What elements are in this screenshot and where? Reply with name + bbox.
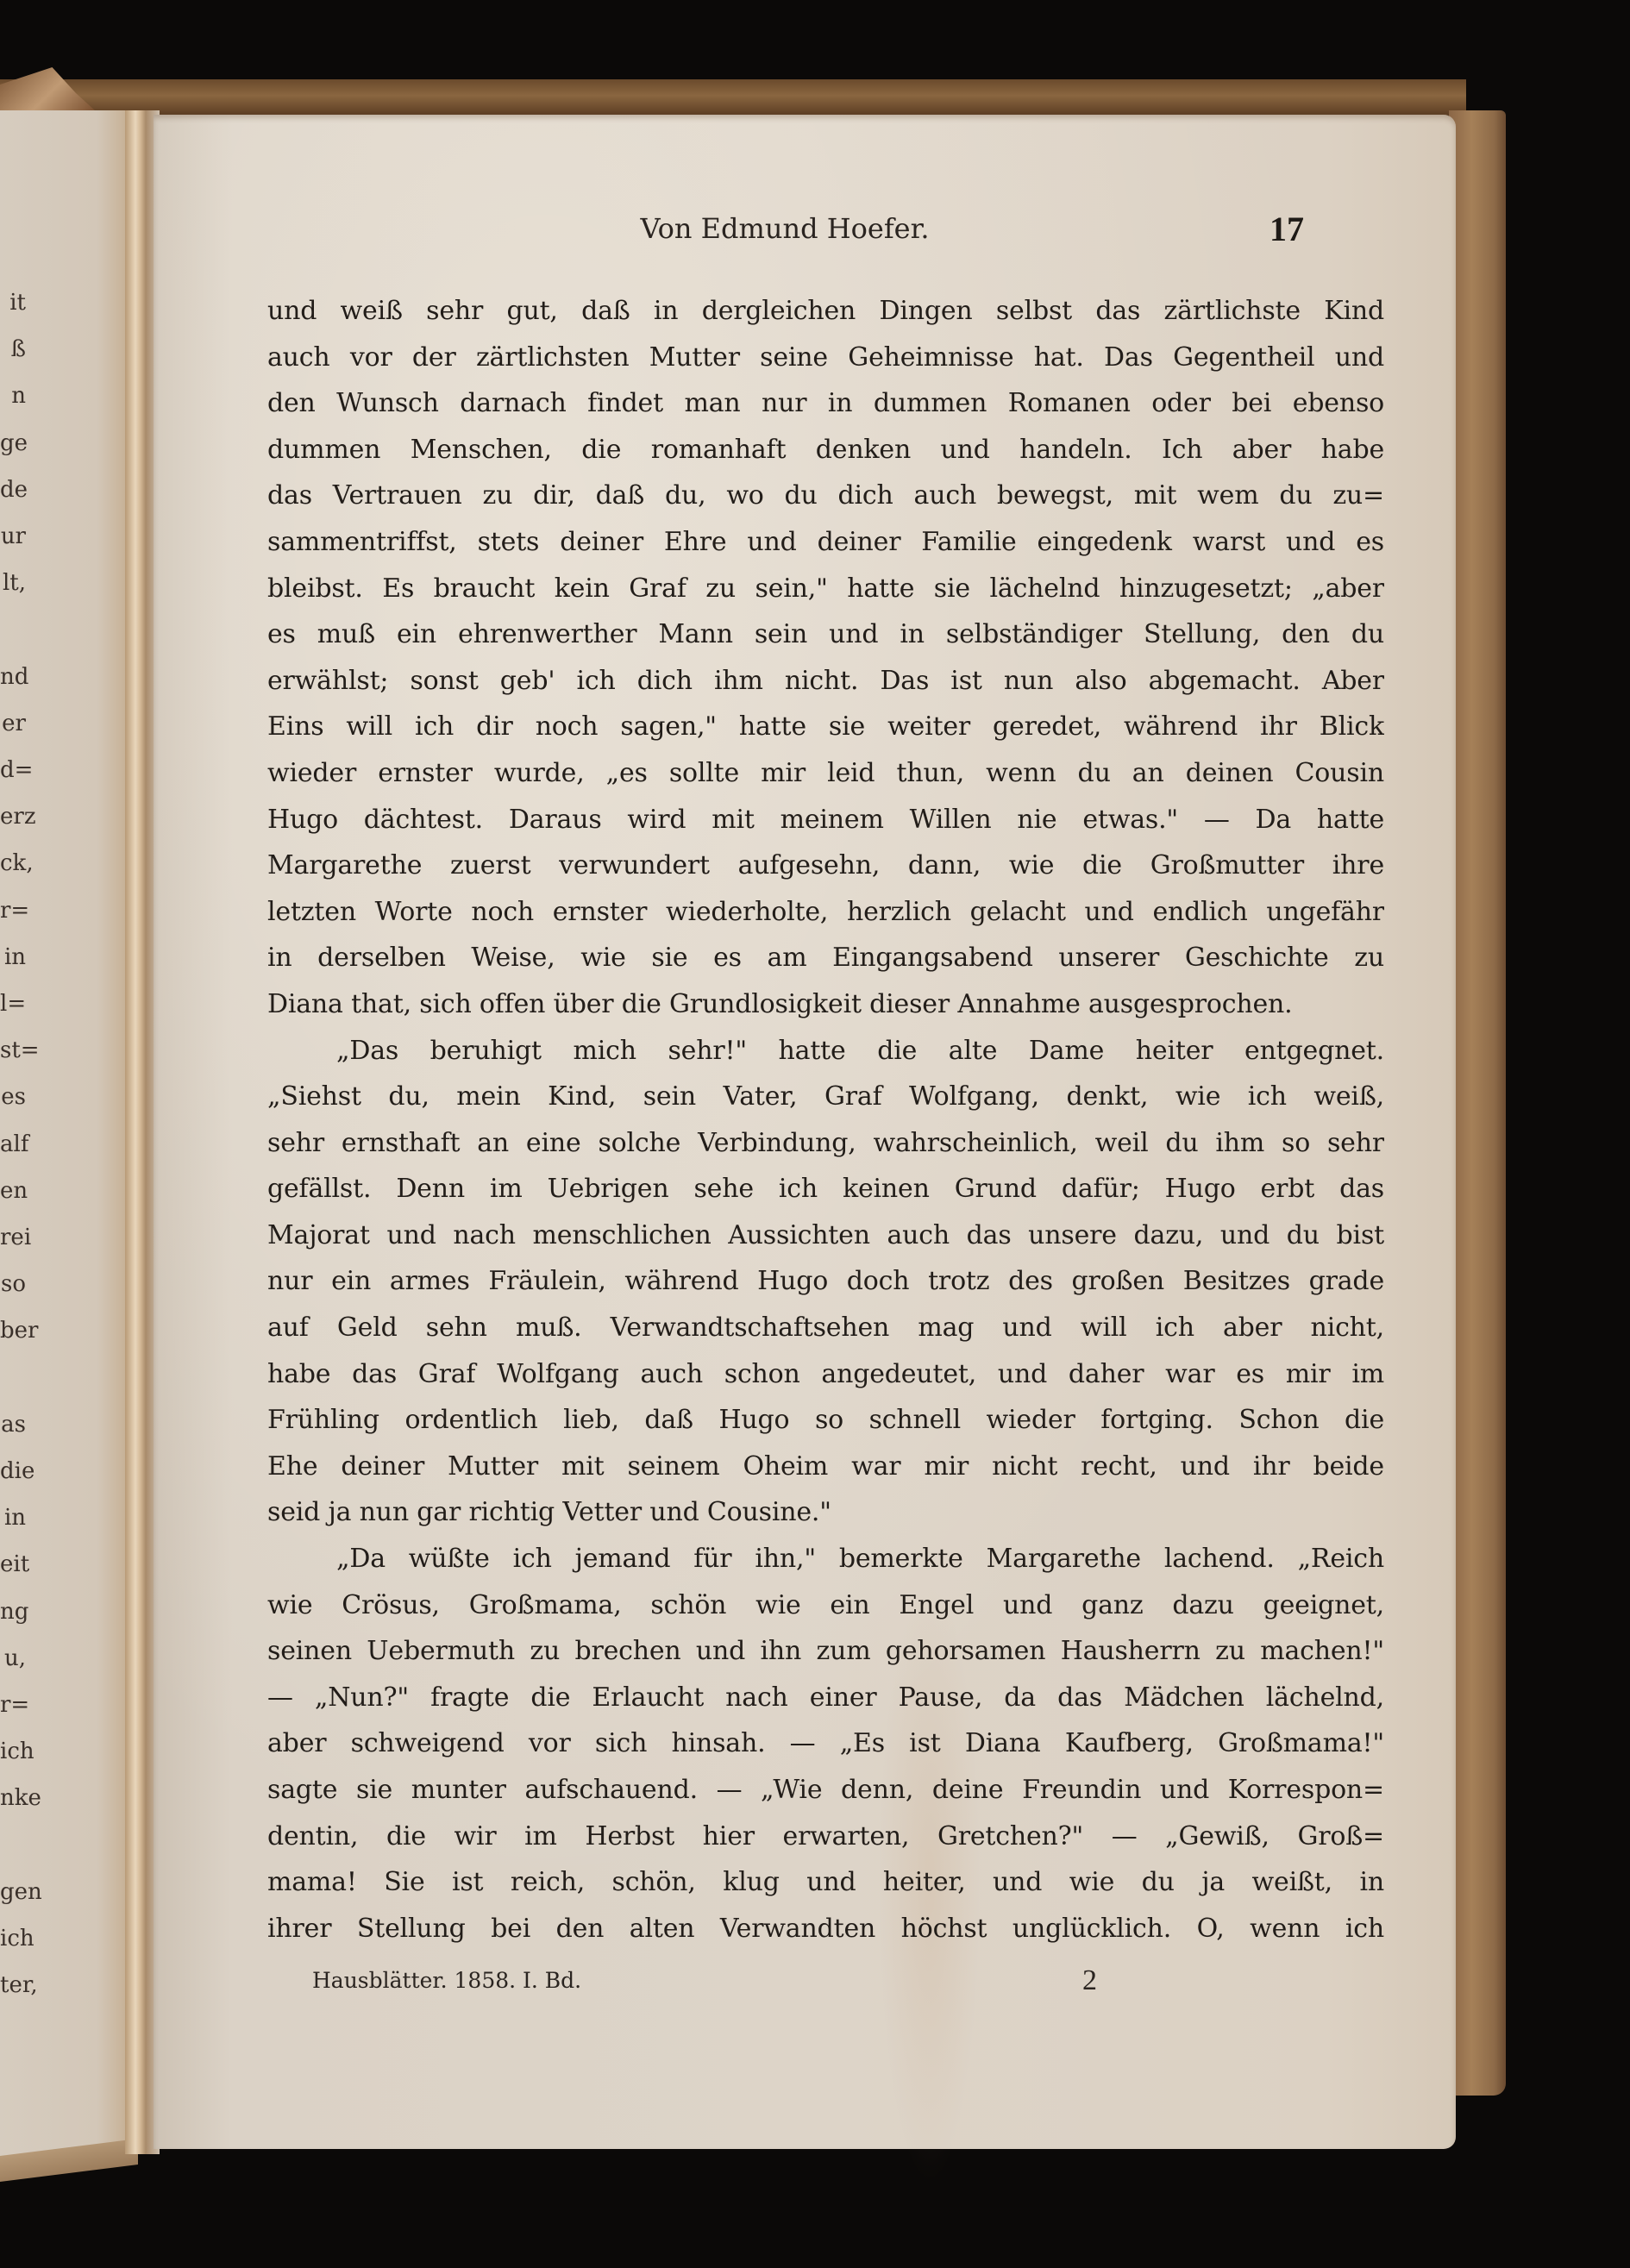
facing-page-fragment: st= (0, 1039, 26, 1062)
facing-page-fragment: en (0, 1180, 26, 1202)
facing-page-fragment: n (0, 385, 26, 407)
text-line: dummen Menschen, die romanhaft denken un… (267, 427, 1384, 473)
facing-page-fragment: as (0, 1413, 26, 1436)
facing-page-fragment: u, (0, 1647, 26, 1670)
facing-page-fragment: eit (0, 1553, 26, 1576)
text-line: wie Crösus, Großmama, schön wie ein Enge… (267, 1582, 1384, 1629)
body-text: und weiß sehr gut, daß in dergleichen Di… (267, 288, 1384, 1952)
facing-page-fragment: ich (0, 1927, 26, 1950)
text-line: Diana that, sich offen über die Grundlos… (267, 981, 1384, 1028)
text-line: letzten Worte noch ernster wiederholte, … (267, 889, 1384, 936)
text-line: Ehe deiner Mutter mit seinem Oheim war m… (267, 1444, 1384, 1490)
text-line: es muß ein ehrenwerther Mann sein und in… (267, 611, 1384, 658)
book-cover-top-edge (0, 79, 1466, 116)
facing-page-fragment: ge (0, 432, 26, 454)
text-line: aber schweigend vor sich hinsah. — „Es i… (267, 1720, 1384, 1767)
facing-page-fragment: rei (0, 1226, 26, 1249)
text-line: nur ein armes Fräulein, während Hugo doc… (267, 1258, 1384, 1305)
facing-page-fragment: l= (0, 993, 26, 1015)
running-header: Von Edmund Hoefer. (569, 212, 1000, 245)
text-line: bleibst. Es braucht kein Graf zu sein," … (267, 566, 1384, 612)
facing-page-fragment: d= (0, 759, 26, 781)
page-number: 17 (1261, 209, 1304, 249)
text-line: sehr ernsthaft an eine solche Verbindung… (267, 1120, 1384, 1167)
text-line: Majorat und nach menschlichen Aussichten… (267, 1212, 1384, 1259)
text-line: auf Geld sehn muß. Verwandtschaftsehen m… (267, 1305, 1384, 1351)
text-line: sammentriffst, stets deiner Ehre und dei… (267, 519, 1384, 566)
facing-page-fragment: r= (0, 899, 26, 922)
facing-page-fragment: ich (0, 1740, 26, 1763)
text-line: das Vertrauen zu dir, daß du, wo du dich… (267, 473, 1384, 519)
book-cover-right-edge (1449, 110, 1506, 2096)
facing-page-fragment: alf (0, 1133, 26, 1156)
facing-page-fragment: lt, (0, 572, 26, 594)
facing-page-fragment: er (0, 712, 26, 735)
facing-page-fragment: ter, (0, 1974, 26, 1996)
text-line: in derselben Weise, wie sie es am Eingan… (267, 935, 1384, 981)
facing-page-fragment: r= (0, 1694, 26, 1716)
text-line: mama! Sie ist reich, schön, klug und hei… (267, 1859, 1384, 1906)
facing-page-fragment: gen (0, 1881, 26, 1903)
facing-page-fragment: ur (0, 525, 26, 548)
facing-page-fragment: die (0, 1460, 26, 1482)
text-line: sagte sie munter aufschauend. — „Wie den… (267, 1767, 1384, 1814)
facing-page-fragment: nd (0, 666, 26, 688)
text-line: „Da wüßte ich jemand für ihn," bemerkte … (267, 1536, 1384, 1582)
text-line: Eins will ich dir noch sagen," hatte sie… (267, 704, 1384, 750)
facing-page-fragment: ck, (0, 852, 26, 874)
text-line: und weiß sehr gut, daß in dergleichen Di… (267, 288, 1384, 335)
text-line: Frühling ordentlich lieb, daß Hugo so sc… (267, 1397, 1384, 1444)
facing-page-fragment: so (0, 1273, 26, 1295)
text-line: seinen Uebermuth zu brechen und ihn zum … (267, 1628, 1384, 1675)
facing-page-fragment: ß (0, 338, 26, 360)
facing-page-fragment: erz (0, 805, 26, 828)
facing-page-fragment: nke (0, 1787, 26, 1809)
text-line: gefällst. Denn im Uebrigen sehe ich kein… (267, 1166, 1384, 1212)
text-line: Hugo dächtest. Daraus wird mit meinem Wi… (267, 797, 1384, 843)
footer-signature: Hausblätter. 1858. I. Bd. (312, 1968, 581, 1993)
facing-page-fragment: es (0, 1086, 26, 1108)
text-line: habe das Graf Wolfgang auch schon angede… (267, 1351, 1384, 1398)
footer-sheet-number: 2 (1082, 1964, 1097, 1997)
text-line: wieder ernster wurde, „es sollte mir lei… (267, 750, 1384, 797)
text-line: seid ja nun gar richtig Vetter und Cousi… (267, 1489, 1384, 1536)
facing-page-fragment: ng (0, 1601, 26, 1623)
facing-page-fragment: de (0, 479, 26, 501)
facing-page-fragment: in (0, 1507, 26, 1529)
text-line: ihrer Stellung bei den alten Verwandten … (267, 1906, 1384, 1952)
text-line: — „Nun?" fragte die Erlaucht nach einer … (267, 1675, 1384, 1721)
text-line: erwählst; sonst geb' ich dich ihm nicht.… (267, 658, 1384, 705)
facing-page-left: itßngedeurlt,nderd=erzck,r=inl=st=esalfe… (0, 110, 138, 2163)
text-line: auch vor der zärtlichsten Mutter seine G… (267, 335, 1384, 381)
text-line: den Wunsch darnach findet man nur in dum… (267, 380, 1384, 427)
text-line: „Das beruhigt mich sehr!" hatte die alte… (267, 1028, 1384, 1074)
facing-page-fragment: it (0, 291, 26, 314)
facing-page-fragment: ber (0, 1319, 26, 1342)
text-line: dentin, die wir im Herbst hier erwarten,… (267, 1814, 1384, 1860)
text-line: „Siehst du, mein Kind, sein Vater, Graf … (267, 1074, 1384, 1120)
text-line: Margarethe zuerst verwundert aufgesehn, … (267, 843, 1384, 889)
facing-page-fragment: in (0, 946, 26, 968)
